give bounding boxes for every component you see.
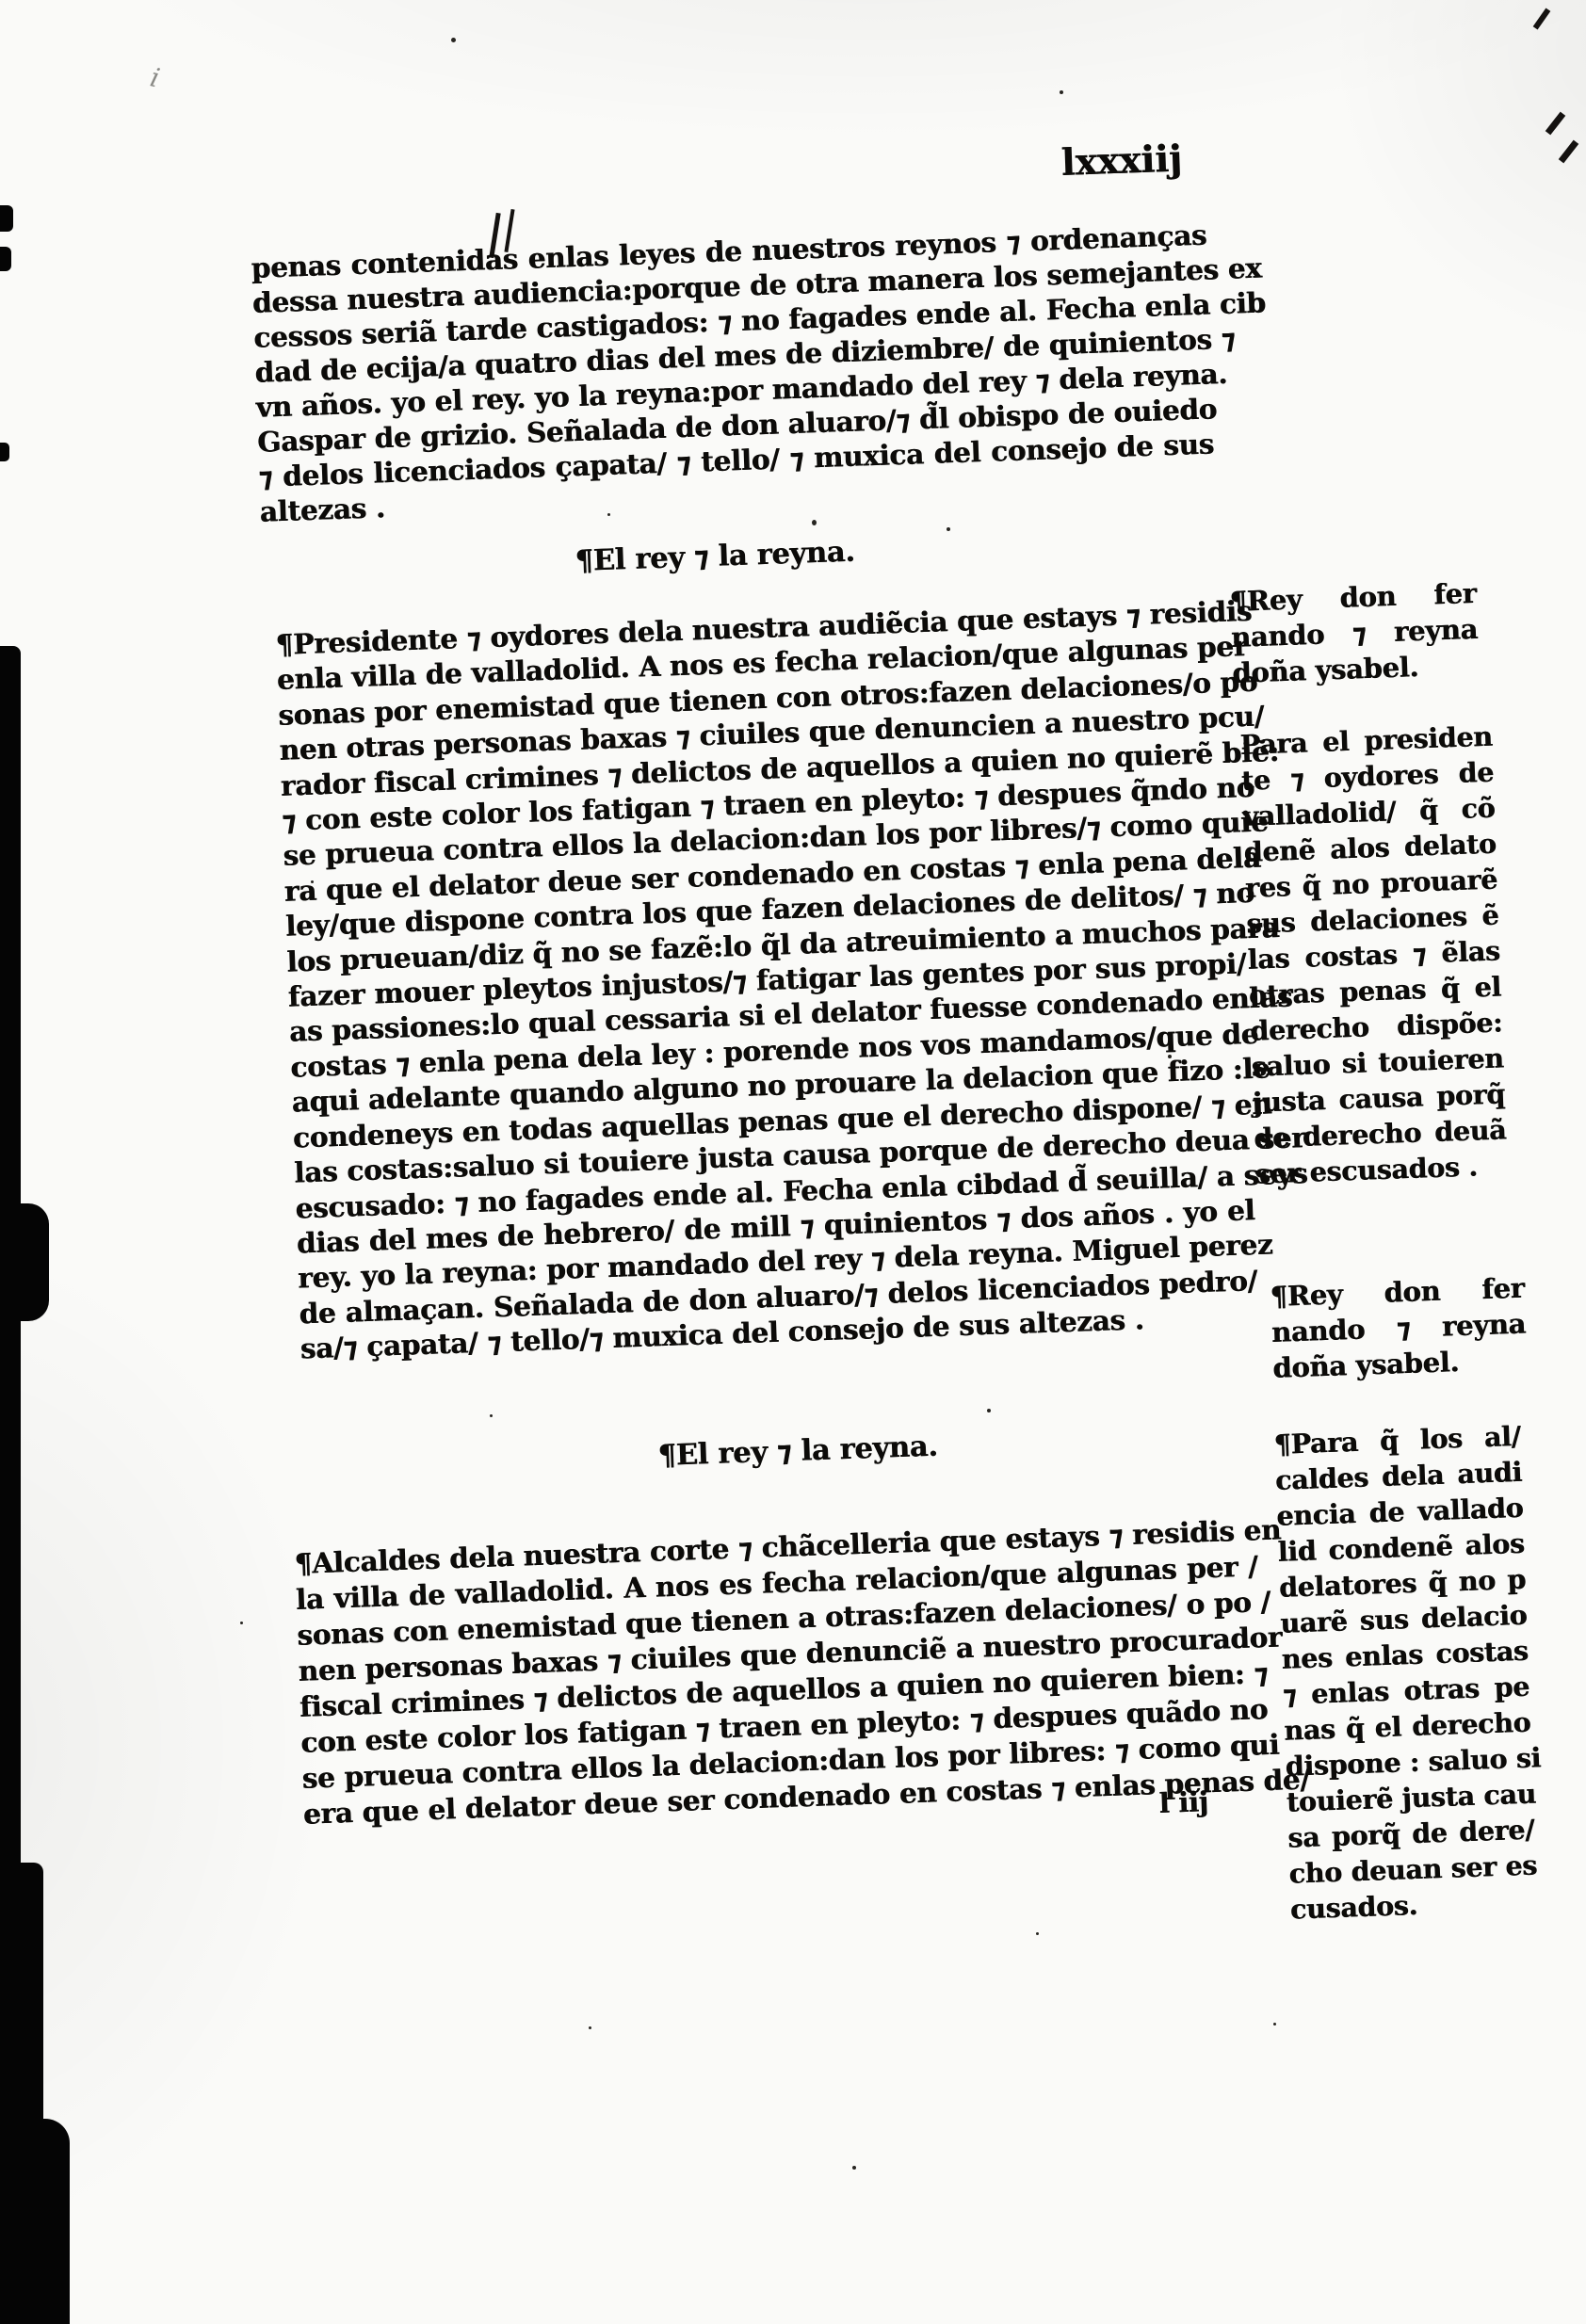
margin-note-4: ¶Para q̃ los al/caldes dela audiencia de…	[1273, 1418, 1537, 1928]
signature-mark: l iij	[1158, 1785, 1208, 1819]
corner-mark	[1546, 112, 1566, 136]
gutter-shadow	[0, 443, 9, 461]
section-heading-1: ¶El rey ⁊ la reyna.	[575, 535, 855, 578]
corner-mark	[1559, 140, 1579, 164]
gutter-shadow	[0, 1203, 49, 1321]
ink-speck	[1060, 90, 1063, 94]
gutter-shadow	[0, 2119, 70, 2324]
ink-speck	[589, 2026, 591, 2029]
handwritten-mark: i	[147, 61, 163, 93]
margin-note-2: Para el presidente ⁊ oydores devalladoli…	[1239, 718, 1508, 1192]
ink-speck	[852, 2166, 856, 2170]
gutter-shadow	[0, 247, 11, 271]
ink-speck	[987, 1409, 991, 1412]
margin-note-1: ¶Rey don fernando ⁊ reynadoña ysabel.	[1229, 575, 1480, 691]
paragraph-1: penas contenidas enlas leyes de nuestros…	[251, 218, 1216, 529]
folio-number: lxxxiij	[1060, 137, 1183, 185]
ink-speck	[490, 1414, 493, 1417]
ink-speck	[240, 1622, 243, 1624]
ink-speck	[451, 38, 456, 42]
ink-speck	[947, 527, 950, 531]
corner-mark	[1533, 8, 1551, 29]
book-page: i lxxxiij penas contenidas enlas leyes d…	[0, 0, 1586, 2324]
margin-note-3: ¶Rey don fernando ⁊ reynadoña ysabel.	[1270, 1270, 1528, 1386]
paragraph-2: ¶Presidente ⁊ oydores dela nuestra audiẽ…	[275, 593, 1259, 1366]
ink-speck	[812, 520, 817, 525]
ink-speck	[1036, 1932, 1039, 1935]
gutter-shadow	[0, 205, 13, 232]
paragraph-3: ¶Alcaldes dela nuestra corte ⁊ chãceller…	[294, 1512, 1266, 1832]
ink-speck	[1273, 2023, 1276, 2025]
section-heading-2: ¶El rey ⁊ la reyna.	[657, 1429, 938, 1473]
